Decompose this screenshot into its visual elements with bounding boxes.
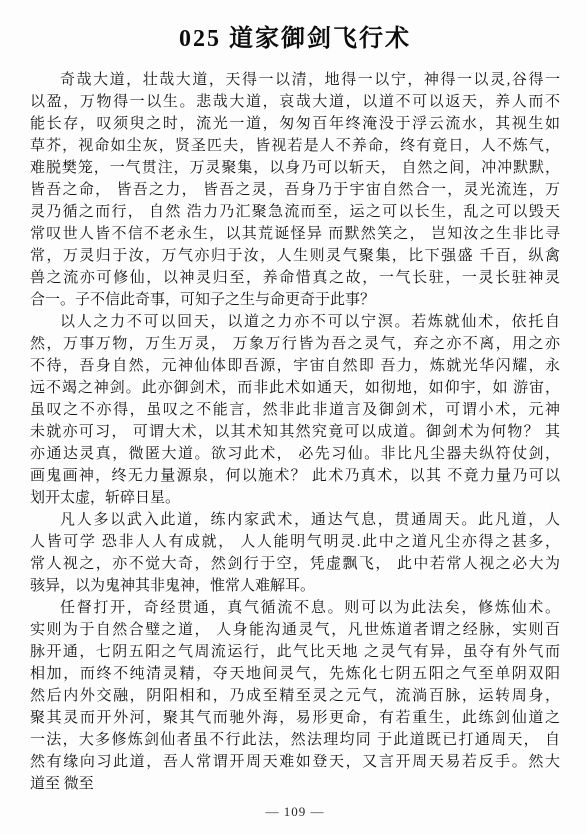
text-line: 画鬼画神，终无力量源泉，何以施术？ 此术乃真术，以其 不竟力量乃可以	[30, 465, 560, 487]
text-line: 虽叹之不亦得，虽叹之不能言，然非此非道言及御剑术，可谓小术，元神	[30, 399, 560, 421]
text-line: 难脱樊笼，一气贯注，万灵聚集，以身乃可以斩天， 自然之间，冲冲默默，	[30, 157, 560, 179]
text-line: 以人之力不可以回天，以道之力亦不可以宁溟。若炼就仙术，依托自	[30, 311, 560, 333]
text-line: 合一。子不信此奇事，可知子之生与命更奇于此事？	[30, 289, 560, 311]
text-line: 常，万灵归于汝，万气亦归于汝，人生则灵气聚集，比下强盛 千百，纵禽	[30, 245, 560, 267]
text-line: 亦通达灵真，微匿大道。欲习此术， 必先习仙。非比凡尘器夫纵符仗剑，	[30, 443, 560, 465]
text-line: 远不竭之神剑。此亦御剑术，而非此术如通天，如彻地，如仰宇，如 游宙，	[30, 377, 560, 399]
text-line: 然，万事万物，万生万灵， 万象万行皆为吾之灵气，弃之亦不离，用之亦	[30, 333, 560, 355]
text-line: 灵乃循之而行， 自然 浩力乃汇聚急流而至，运之可以长生，乱之可以毁天	[30, 201, 560, 223]
text-line: 人皆可学 恐非人人有成就， 人人能明气明灵.此中之道凡尘亦得之甚多，	[30, 531, 560, 553]
text-line: 任督打开，奇经贯通，真气循流不息。则可以为此法矣，修炼仙术。	[30, 597, 560, 619]
text-line: 脉开通，七阴五阳之气周流运行，此气比天地 之灵气有异，虽夺有外气而	[30, 641, 560, 663]
text-line: 奇哉大道，壮哉大道，天得一以清，地得一以宁，神得一以灵,谷得一	[30, 69, 560, 91]
paragraph: 任督打开，奇经贯通，真气循流不息。则可以为此法矣，修炼仙术。实则为于自然合璧之道…	[30, 597, 560, 795]
text-line: 然有缘向习此道，吾人常谓开周天难如登天，又言开周天易若反手。然大	[30, 751, 560, 773]
text-line: 凡人多以武入此道，练内家武术，通达气息，贯通周天。此凡道，人	[30, 509, 560, 531]
text-line: 常人视之，亦不觉大奇，然剑行于空，凭虚飘飞， 此中若常人视之必大为	[30, 553, 560, 575]
text-line: 未就亦可习， 可谓大术，以其术知其然究竟可以成道。御剑术为何物？ 其	[30, 421, 560, 443]
page-number: — 109 —	[266, 804, 325, 819]
text-line: 兽之流亦可修仙，以神灵归至，养命惜真之故，一气长驻，一灵长驻神灵	[30, 267, 560, 289]
text-line: 一法，大多修炼剑仙者虽不行此法，然法理均同 于此道既已打通周天， 自	[30, 729, 560, 751]
text-line: 皆吾之命， 皆吾之力， 皆吾之灵，吾身乃于宇宙自然合一，灵光流连，万	[30, 179, 560, 201]
text-line: 道至 微至	[30, 773, 560, 795]
text-line: 以盈，万物得一以生。悲哉大道，哀哉大道，以道不可以返天，养人而不	[30, 91, 560, 113]
text-line: 常叹世人皆不信不老永生，以其荒诞怪异 而默然笑之， 岂知汝之生非比寻	[30, 223, 560, 245]
text-line: 草芥，视命如尘灰，贤圣匹夫，皆视若是人不养命，终有竟日，人不炼气，	[30, 135, 560, 157]
text-line: 然后内外交融，阴阳相和，乃成至精至灵之元气，流淌百脉，运转周身，	[30, 685, 560, 707]
page-title: 025 道家御剑飞行术	[30, 18, 560, 53]
text-line: 骇异，以为鬼神其非鬼神，惟常人难解耳。	[30, 575, 560, 597]
paragraph: 以人之力不可以回天，以道之力亦不可以宁溟。若炼就仙术，依托自然，万事万物，万生万…	[30, 311, 560, 509]
paragraph: 奇哉大道，壮哉大道，天得一以清，地得一以宁，神得一以灵,谷得一以盈，万物得一以生…	[30, 69, 560, 311]
document-body: 奇哉大道，壮哉大道，天得一以清，地得一以宁，神得一以灵,谷得一以盈，万物得一以生…	[30, 69, 560, 795]
text-line: 能长存，叹须臾之时，流光一道，匆匆百年终淹没于浮云流水，其视生如	[30, 113, 560, 135]
text-line: 实则为于自然合璧之道， 人身能沟通灵气，凡世炼道者谓之经脉，实则百	[30, 619, 560, 641]
text-line: 不待，吾身自然，元神仙体即吾源，宇宙自然即 吾力，炼就光华闪耀，永	[30, 355, 560, 377]
text-line: 划开太虚，斩碎日星。	[30, 487, 560, 509]
text-line: 聚其灵而开外河，聚其气而驰外海，易形更命，有若重生，此练剑仙道之	[30, 707, 560, 729]
page-footer: — 109 —	[30, 800, 560, 834]
text-line: 相加，而终不纯清灵精，夺天地间灵气，先炼化七阴五阳之气至单阴双阳	[30, 663, 560, 685]
paragraph: 凡人多以武入此道，练内家武术，通达气息，贯通周天。此凡道，人人皆可学 恐非人人有…	[30, 509, 560, 597]
document-page: 025 道家御剑飞行术 奇哉大道，壮哉大道，天得一以清，地得一以宁，神得一以灵,…	[0, 0, 587, 834]
